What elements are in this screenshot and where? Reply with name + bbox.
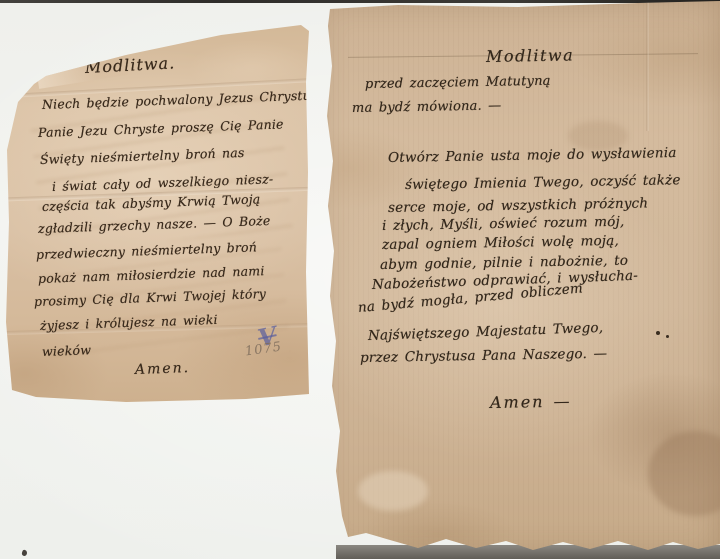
archive-number: 1075	[244, 339, 283, 359]
manuscript-line: świętego Imienia Twego, oczyść także	[405, 172, 681, 193]
prayer-subtitle-line: ma bydź mówiona. —	[352, 98, 502, 116]
scan-debris-mark	[21, 549, 28, 556]
manuscript-line: prosimy Cię dla Krwi Twojej który	[34, 286, 267, 309]
paper-stain	[358, 471, 428, 511]
manuscript-line: Otwórz Panie usta moje do wysławienia	[388, 145, 677, 166]
manuscript-line: i złych, Myśli, oświeć rozum mój,	[382, 214, 625, 234]
manuscript-line: przez Chrystusa Pana Naszego. —	[360, 346, 608, 366]
manuscript-line: Święty nieśmiertelny broń nas	[40, 145, 245, 167]
ink-dot	[656, 331, 660, 335]
manuscript-line: Panie Jezu Chryste proszę Cię Panie	[38, 116, 284, 140]
amen-left: Amen.	[135, 360, 191, 378]
prayer-subtitle-line: przed zaczęciem Matutyną	[365, 74, 551, 92]
manuscript-line: zgładzili grzechy nasze. — O Boże	[38, 213, 271, 236]
scanner-edge-top	[0, 0, 720, 3]
manuscript-line: wieków	[42, 342, 92, 359]
manuscript-line: Najświętszego Majestatu Twego,	[368, 320, 604, 344]
right-manuscript-page: Modlitwa przed zaczęciem Matutyną ma byd…	[318, 1, 720, 557]
vertical-crease	[646, 1, 649, 131]
left-manuscript-page: Modlitwa. Niech będzie pochwalony Jezus …	[6, 22, 314, 404]
manuscript-line: przedwieczny nieśmiertelny broń	[36, 239, 257, 262]
paper-stain	[648, 431, 720, 516]
scanned-document-scene: Modlitwa. Niech będzie pochwalony Jezus …	[0, 0, 720, 559]
prayer-title-right: Modlitwa	[486, 45, 574, 66]
manuscript-line: pokaż nam miłosierdzie nad nami	[38, 263, 265, 286]
ink-dot	[666, 335, 669, 338]
manuscript-line: zapal ogniem Miłości wolę moją,	[382, 233, 619, 253]
prayer-title-left: Modlitwa.	[85, 53, 176, 77]
amen-right: Amen —	[490, 392, 572, 412]
manuscript-line: serce moje, od wszystkich próżnych	[388, 195, 649, 216]
